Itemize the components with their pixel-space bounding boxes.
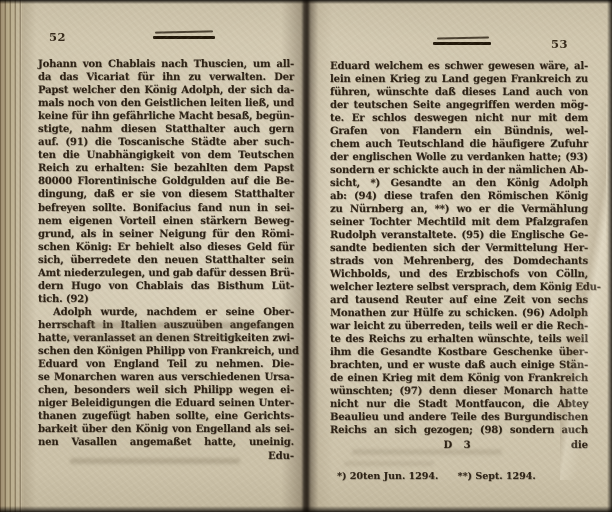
text-line: schen König: Er behielt also dieses Geld… <box>38 241 294 254</box>
header-ornament-left <box>153 31 215 39</box>
text-line: auf. (91) die Toscanische Städte aber su… <box>38 136 294 149</box>
text-line: Beaulieu und andere Teile des Burgundisc… <box>330 411 588 424</box>
text-line: grund, als in seiner Neigung für den Röm… <box>38 228 294 241</box>
text-line: war leicht zu überreden, teils weil er d… <box>330 320 588 333</box>
text-line: ab: (94) diese trafen den Römischen Köni… <box>330 190 588 203</box>
text-line: hatte, veranlasset an denen Streitigkeit… <box>38 332 294 345</box>
text-line: schen den Königen Philipp von Frankreich… <box>38 345 294 358</box>
text-line: keine für ihn gefährliche Macht besaß, b… <box>38 110 294 123</box>
text-line: Johann von Chablais nach Thuscien, um al… <box>38 58 294 71</box>
text-line: Reichs an sich gezogen; (98) sondern auc… <box>330 424 588 437</box>
text-line: sandte bedienten sich der Vermittelung H… <box>330 242 588 255</box>
gutter-shadow-core <box>303 0 309 512</box>
text-line: sondern er schickte auch in der nämliche… <box>330 164 588 177</box>
text-block-right: Eduard welchem es schwer gewesen wäre, a… <box>330 60 588 437</box>
text-line: sicht, *) Gesandte an den König Adolph <box>330 177 588 190</box>
text-line: nem eigenen Vorteil einen stärkern Beweg… <box>38 215 294 228</box>
ornament-rule-thin <box>437 36 489 39</box>
catchword-right: die <box>571 440 588 451</box>
text-line: Monathen zur Hülfe zu schicken. (96) Ado… <box>330 307 588 320</box>
text-line: Amt niederzulegen, und gab dafür dessen … <box>38 267 294 280</box>
text-line: te. Er schlos deswegen nicht nur mit dem <box>330 112 588 125</box>
text-block-left: Johann von Chablais nach Thuscien, um al… <box>38 58 294 449</box>
text-line: welcher leztere selbst versprach, dem Kö… <box>330 281 588 294</box>
text-line: der englischen Wolle zu verdanken hatte;… <box>330 151 588 164</box>
footnote-second: **) Sept. 1294. <box>458 471 536 482</box>
text-line: stigte, nahm diesen Statthalter auch ger… <box>38 123 294 136</box>
text-line: chem auch Teutschland die häufigere Zufu… <box>330 138 588 151</box>
text-line: se Monarchen waren aus verschiedenen Urs… <box>38 371 294 384</box>
text-line: Rudolph veranstaltete. (95) die Englisch… <box>330 229 588 242</box>
text-line: brachten, und er wuste daß auch einige S… <box>330 359 588 372</box>
scan-edge-bottom <box>0 506 612 512</box>
bleedthrough-smudge <box>344 461 434 466</box>
text-line: befreyen sollte. Bonifacius fand nun in … <box>38 202 294 215</box>
fore-edge-pages <box>0 0 24 512</box>
text-line: Reich zu erhalten: Sie bezahlten dem Pap… <box>38 162 294 175</box>
text-line: Papst welcher den König Adolph, der sich… <box>38 84 294 97</box>
text-line: barkeit über den König von Engelland als… <box>38 423 294 436</box>
page-number-right: 53 <box>551 37 568 51</box>
signature-mark: D 3 <box>443 440 474 451</box>
text-line: führen, wünschte daß dieses Land auch vo… <box>330 86 588 99</box>
catchword-left: Edu- <box>38 451 294 462</box>
text-line: te des Reichs zu erhalten wünschte, teil… <box>330 333 588 346</box>
header-ornament-right <box>431 37 491 45</box>
text-line: wünschten; (97) denn dieser Monarch hatt… <box>330 385 588 398</box>
text-line: tich. (92) <box>38 293 294 306</box>
text-line: thanen zugefügt haben sollte, eine Geric… <box>38 410 294 423</box>
ornament-rule-thin <box>155 30 213 33</box>
text-line: Grafen von Flandern ein Bündnis, wel- <box>330 125 588 138</box>
text-line: Adolph wurde, nachdem er seine Ober- <box>38 306 294 319</box>
text-line: chen, besonders weil sich Philipp wegen … <box>38 384 294 397</box>
text-line: niger Beleidigungen die Eduard seinen Un… <box>38 397 294 410</box>
text-line: strads von Mehrenberg, des Domdechants <box>330 255 588 268</box>
footnote-first: *) 20ten Jun. 1294. <box>337 471 438 482</box>
text-line: nen Vasallen angemaßet hatte, uneinig. <box>38 436 294 449</box>
text-line: herrschaft in Italien auszuüben angefang… <box>38 319 294 332</box>
text-line: seiner Tochter Mechtild mit dem Pfalzgra… <box>330 216 588 229</box>
book-spread: 52 Johann von Chablais nach Thuscien, um… <box>0 0 612 512</box>
text-line: dern Hugo von Chablais das Bisthum Lüt- <box>38 280 294 293</box>
text-line: nicht nur die Stadt Montfaucon, die Abte… <box>330 398 588 411</box>
text-line: 80000 Florentinische Goldgulden auf die … <box>38 175 294 188</box>
text-line: der teutschen Seite angegriffen werden m… <box>330 99 588 112</box>
text-line: Eduard welchem es schwer gewesen wäre, a… <box>330 60 588 73</box>
text-line: zu Nürnberg an, **) wo er die Vermählung <box>330 203 588 216</box>
text-line: ten die Unabhängigkeit von dem Teutschen <box>38 149 294 162</box>
scan-edge-right <box>607 0 612 512</box>
text-line: da das Vicariat für ihn zu verwalten. De… <box>38 71 294 84</box>
scan-edge-top <box>0 0 612 4</box>
text-line: lein einen Krieg zu Land gegen Frankreic… <box>330 73 588 86</box>
text-line: dingung, daß er sie von diesem Statthalt… <box>38 188 294 201</box>
signature-line: D 3 die <box>330 440 588 451</box>
ornament-rule-thick <box>433 42 491 45</box>
text-line: mals noch von den Geistlichen leiten lie… <box>38 97 294 110</box>
text-line: de einen Krieg mit dem König von Frankre… <box>330 372 588 385</box>
ornament-rule-thick <box>153 36 215 39</box>
text-line: sich, überredete den neuen Statthalter s… <box>38 254 294 267</box>
text-line: Eduard von England Teil zu nehmen. Die- <box>38 358 294 371</box>
page-number-left: 52 <box>49 30 66 44</box>
footnote: *) 20ten Jun. 1294. **) Sept. 1294. <box>337 471 589 482</box>
text-line: Wichbolds, und des Erzbischofs von Cölln… <box>330 268 588 281</box>
text-line: ard tausend Reuter auf eine Zeit von sec… <box>330 294 588 307</box>
text-line: ihm die Gesandte Kostbare Geschenke über… <box>330 346 588 359</box>
